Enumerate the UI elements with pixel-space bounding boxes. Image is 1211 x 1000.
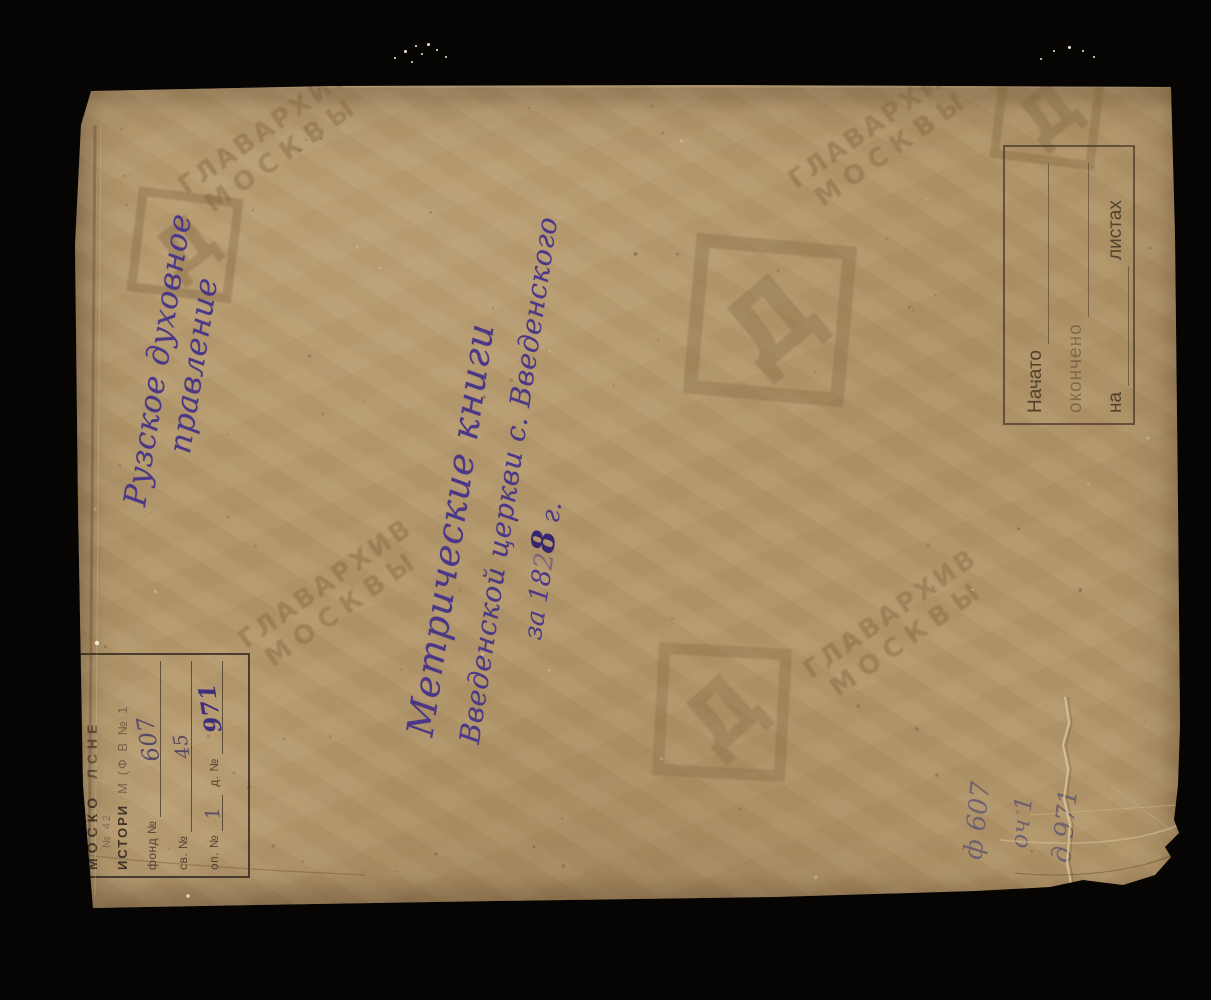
svg-text:Д: Д <box>662 652 783 775</box>
scan-background: ГЛАВАРХИВ МОСКВЫ ГЛАВАРХИВ МОСКВЫ ГЛАВАР… <box>0 0 1211 1000</box>
debris-speckle <box>394 57 396 59</box>
glavarkhiv-watermark-text: ГЛАВАРХИВ МОСКВЫ <box>797 542 1003 711</box>
year-bold-digit: 8 <box>523 528 564 556</box>
usage-stamp: Начато окончено на листах <box>1003 145 1135 425</box>
stamp-istori-row: ИСТОРИ М (Ф В № 1 <box>115 661 130 870</box>
debris-speckle <box>1040 58 1042 60</box>
delo-blank-line: 971 <box>191 661 223 754</box>
debris-speckle <box>1068 46 1071 49</box>
stamp-header-row: МОСКО ЛСНЕ <box>84 661 100 870</box>
svg-text:Д: Д <box>699 247 844 395</box>
svyazka-field: св. № 45 <box>161 661 192 870</box>
glavarkhiv-watermark-text: ГЛАВАРХИВ МОСКВЫ <box>782 52 988 221</box>
year-prefix: за 18 <box>518 567 558 642</box>
year-suffix: г. <box>535 499 568 525</box>
sheets-blank-line <box>1088 266 1129 386</box>
opis-delo-field: оп. № 1 д. № 971 <box>192 661 223 870</box>
opis-handwritten-value: 1 <box>201 805 225 821</box>
corner-reference-numbers: ф 607 оч 1 д 971 <box>951 688 1108 872</box>
debris-speckle <box>421 53 423 55</box>
glavarkhiv-watermark-logo: Д <box>655 205 885 435</box>
finished-field: окончено <box>1049 157 1089 413</box>
finished-blank-line <box>1048 163 1089 317</box>
svyazka-blank-line: 45 <box>160 661 192 832</box>
sheets-field: на листах <box>1089 157 1129 413</box>
archive-catalog-stamp: МОСКО ЛСНЕ № 42 ИСТОРИ М (Ф В № 1 фонд №… <box>79 653 250 878</box>
debris-speckle <box>1053 50 1055 52</box>
stamp-number-row: № 42 <box>101 661 113 848</box>
glavarkhiv-watermark-text: ГЛАВАРХИВ МОСКВЫ <box>232 512 438 681</box>
debris-speckle <box>445 56 447 58</box>
debris-speckle <box>411 61 413 63</box>
archive-folder-cover: ГЛАВАРХИВ МОСКВЫ ГЛАВАРХИВ МОСКВЫ ГЛАВАР… <box>75 85 1180 908</box>
debris-speckle <box>1082 50 1084 52</box>
title-inscription: Метрические книги Введенской церкви с. В… <box>399 199 662 760</box>
debris-speckle <box>404 50 407 53</box>
delo-handwritten-value: 971 <box>193 681 227 734</box>
debris-speckle <box>415 45 417 47</box>
fond-field: фонд № 607 <box>130 661 161 870</box>
fond-blank-line: 607 <box>129 661 161 817</box>
debris-speckle <box>427 43 430 46</box>
debris-speckle <box>1093 56 1095 58</box>
debris-speckle <box>436 49 438 51</box>
started-blank-line <box>1008 163 1049 344</box>
opis-blank-line: 1 <box>191 795 223 831</box>
started-field: Начато <box>1009 157 1049 413</box>
glavarkhiv-watermark-logo: Д <box>627 617 817 807</box>
